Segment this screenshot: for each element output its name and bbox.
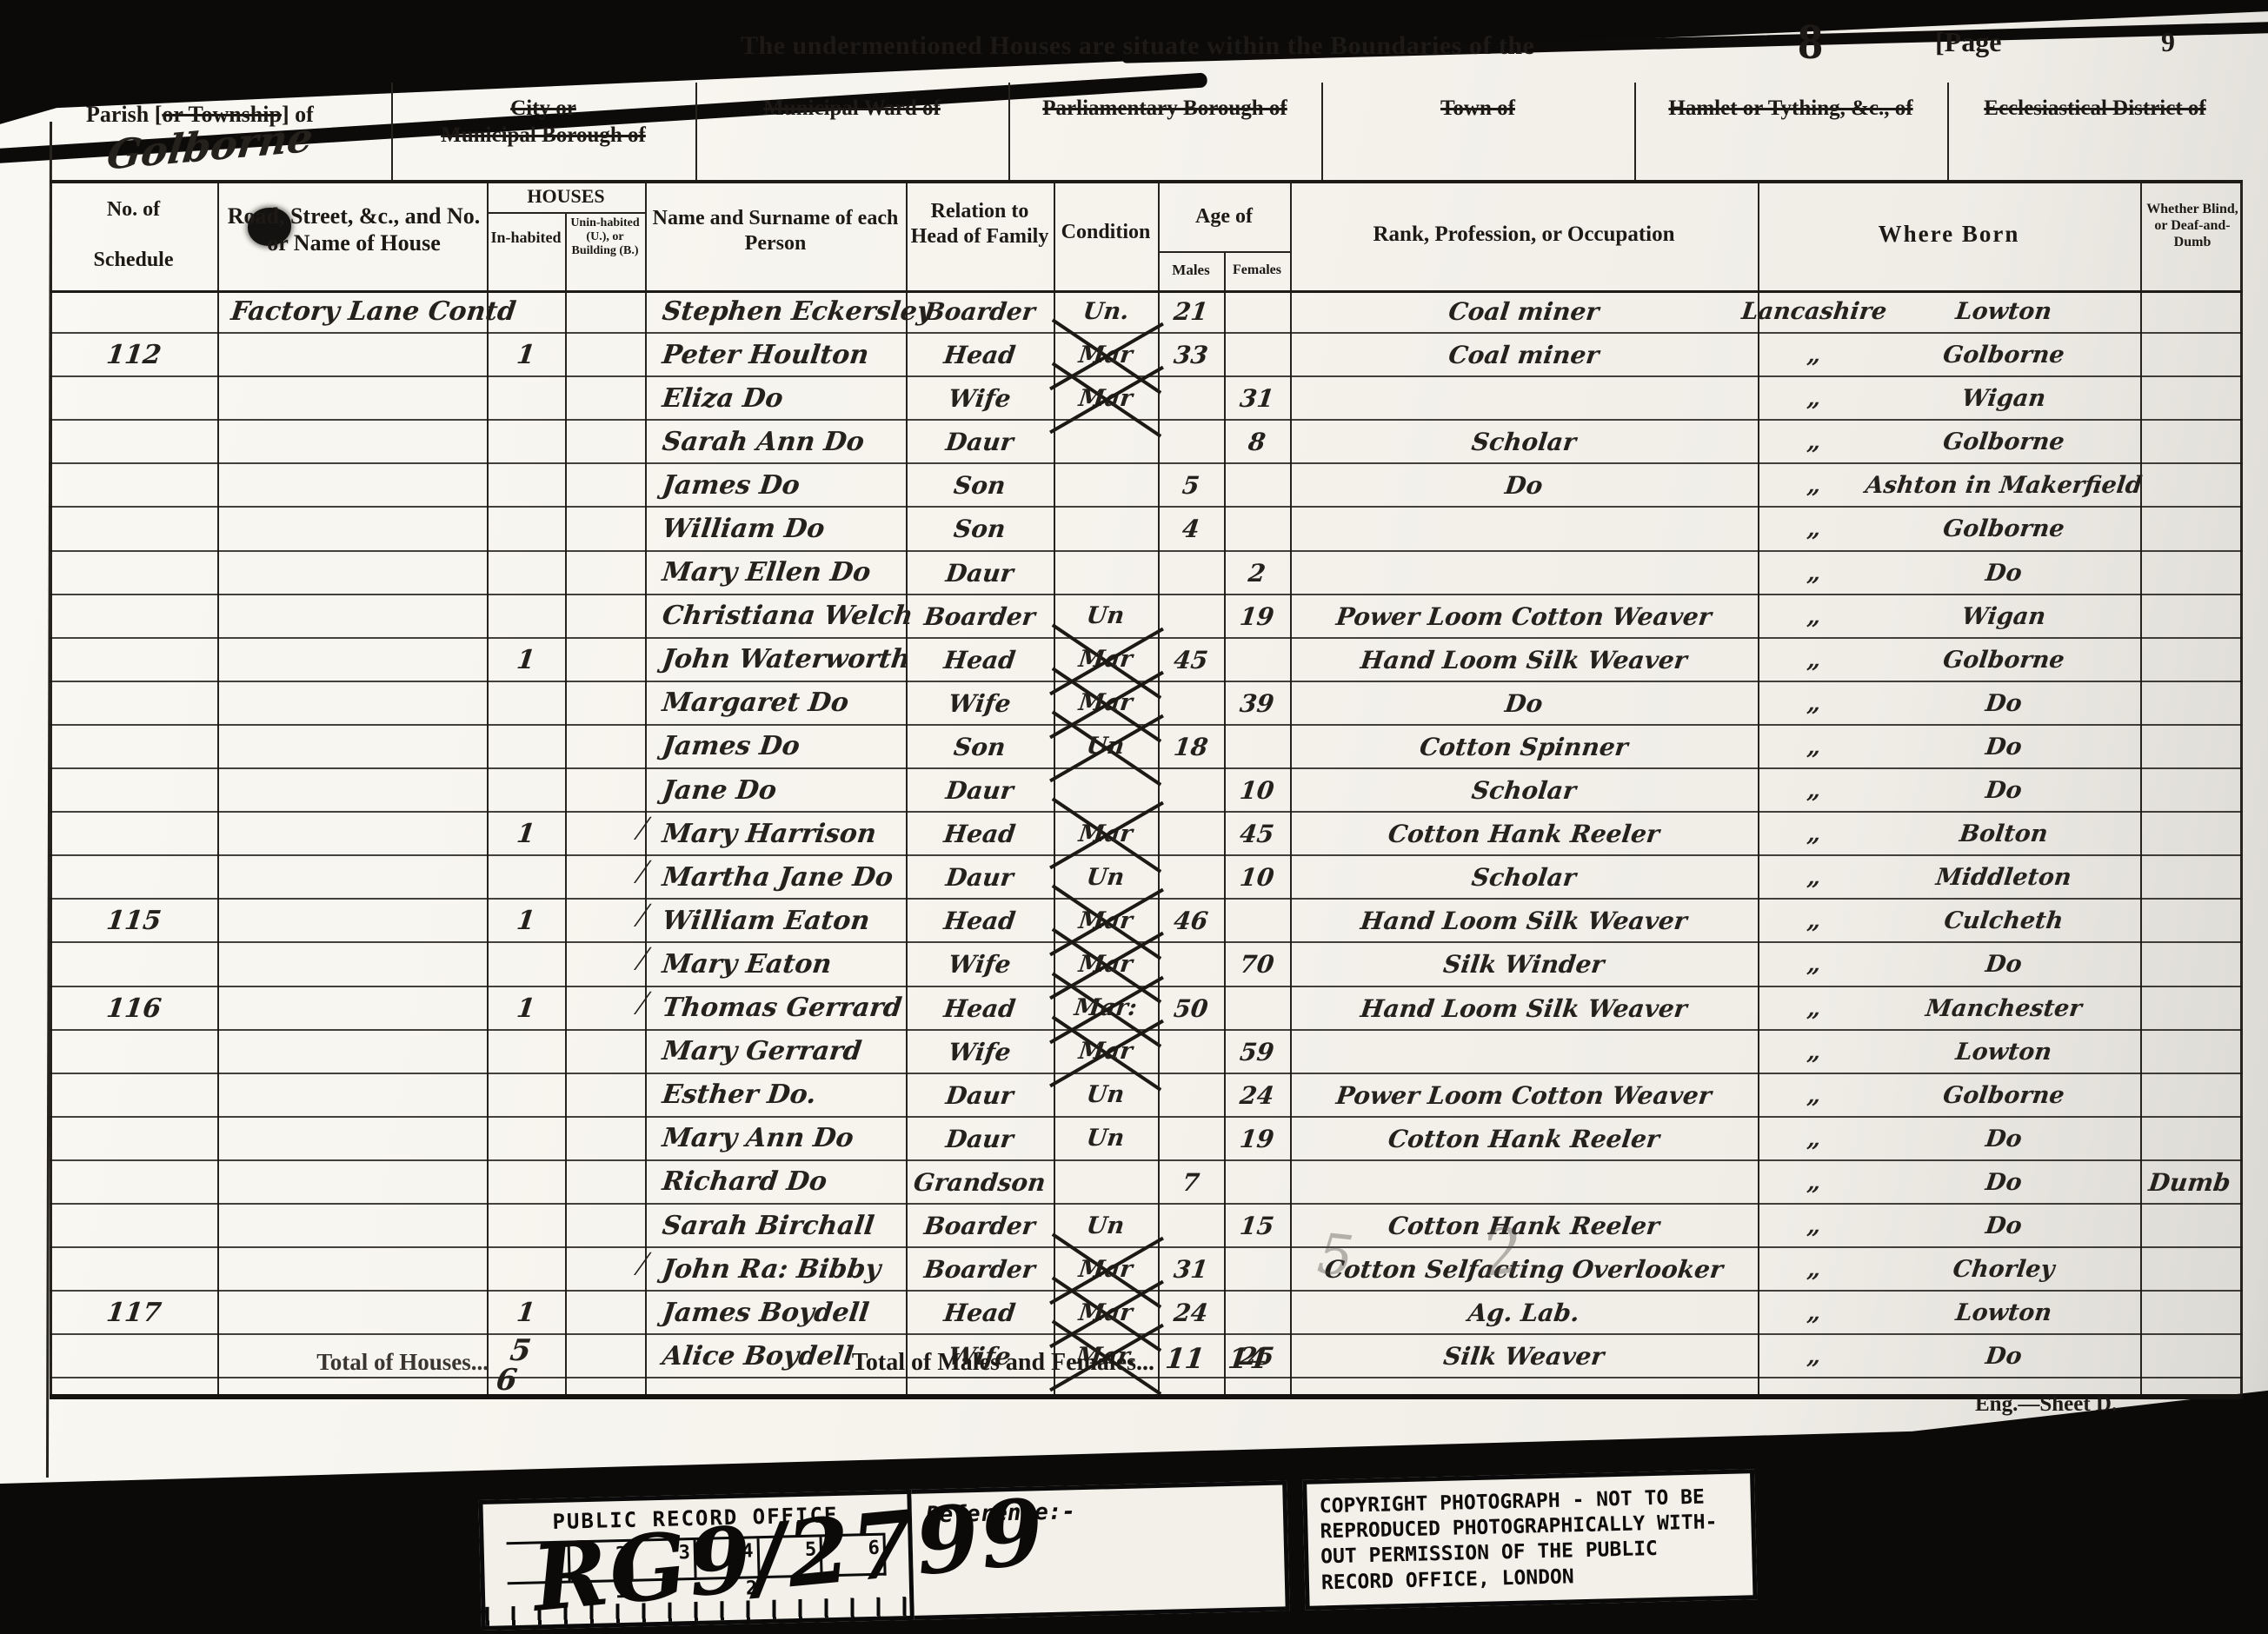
name-cell: Richard Do — [645, 1161, 923, 1203]
uninhabited-cell — [562, 1205, 648, 1246]
table-row: 1 ∕Mary Harrison Head Mar 45 Cotton Hank… — [50, 813, 2243, 856]
condition-cell: Un — [1054, 1118, 1158, 1159]
uninhabited-cell — [562, 421, 648, 462]
born-place-cell: Bolton — [1868, 813, 2139, 854]
totals-row: Total of Houses... 5 6 Total of Males an… — [50, 1335, 2243, 1399]
infirmity-cell — [2139, 1118, 2252, 1159]
total-houses-value-alt: 6 — [495, 1363, 520, 1398]
born-place-cell: Lowton — [1868, 1292, 2139, 1333]
name-cell: ∕Mary Harrison — [645, 813, 923, 854]
inhabited-cell — [484, 769, 568, 811]
infirmity-cell — [2139, 1248, 2252, 1290]
born-county-cell: „ — [1755, 726, 1873, 767]
table-row: 117 1 James Boydell Head Mar 24 Ag. Lab.… — [50, 1292, 2243, 1335]
schedule-cell — [50, 813, 217, 854]
schedule-cell: 115 — [50, 900, 217, 941]
houses-header: HOUSES — [487, 185, 645, 208]
copyright-box: COPYRIGHT PHOTOGRAPH - NOT TO BE REPRODU… — [1302, 1469, 1758, 1611]
relation-cell: Grandson — [903, 1161, 1056, 1203]
address-cell — [215, 552, 500, 594]
infirmity-cell — [2139, 769, 2252, 811]
address-cell — [215, 987, 500, 1029]
relation-cell: Wife — [903, 943, 1056, 985]
born-county-cell: „ — [1755, 943, 1873, 985]
address-cell — [215, 421, 500, 462]
relation-cell: Head — [903, 1292, 1056, 1333]
uninhabited-cell — [562, 856, 648, 898]
address-cell — [215, 856, 500, 898]
infirmity-cell — [2139, 421, 2252, 462]
table-row: Sarah Birchall Boarder Un 15 Cotton Hank… — [50, 1205, 2243, 1248]
infirmity-cell — [2139, 1205, 2252, 1246]
uninhabited-cell — [562, 1161, 648, 1203]
schedule-cell — [50, 595, 217, 637]
condition-cell: Mar — [1054, 682, 1158, 724]
uninhabited-cell — [562, 1031, 648, 1073]
condition-cell: Un — [1054, 1074, 1158, 1116]
address-cell — [215, 1031, 500, 1073]
age-female-cell: 70 — [1221, 943, 1293, 985]
name-cell: John Waterworth — [645, 639, 923, 681]
name-header: Name and Surname of eachPerson — [649, 206, 901, 256]
relation-cell: Son — [903, 508, 1056, 549]
age-female-cell: 8 — [1221, 421, 1293, 462]
uninhabited-cell — [562, 1074, 648, 1116]
condition-cell — [1054, 552, 1158, 594]
road-header: Road, Street, &c., and No. or Name of Ho… — [223, 203, 484, 256]
name-cell: Jane Do — [645, 769, 923, 811]
born-place-cell: Wigan — [1868, 377, 2139, 419]
address-cell — [215, 769, 500, 811]
inhabited-header: In-habited — [489, 229, 563, 248]
uninhabited-cell — [562, 552, 648, 594]
occupation-cell: Cotton Hank Reeler — [1287, 1205, 1760, 1246]
name-cell: William Do — [645, 508, 923, 549]
born-place-cell: Golborne — [1868, 639, 2139, 681]
table-row: ∕Mary Eaton Wife Mar 70 Silk Winder „ Do — [50, 943, 2243, 986]
schedule-cell — [50, 726, 217, 767]
occupation-cell: Hand Loom Silk Weaver — [1287, 987, 1760, 1029]
schedule-cell — [50, 421, 217, 462]
age-male-cell: 33 — [1155, 334, 1227, 375]
uninhabited-cell — [562, 987, 648, 1029]
age-male-cell: 45 — [1155, 639, 1227, 681]
age-female-cell: 19 — [1221, 1118, 1293, 1159]
age-male-cell: 31 — [1155, 1248, 1227, 1290]
schedule-cell — [50, 377, 217, 419]
uninhabited-cell — [562, 639, 648, 681]
inhabited-cell: 1 — [484, 639, 568, 681]
born-county-cell: „ — [1755, 1074, 1873, 1116]
schedule-cell — [50, 1205, 217, 1246]
born-place-cell: Do — [1868, 1205, 2139, 1246]
age-female-cell — [1221, 334, 1293, 375]
schedule-cell: 116 — [50, 987, 217, 1029]
inhabited-cell — [484, 464, 568, 506]
uninhabited-cell — [562, 682, 648, 724]
condition-cell: Mar — [1054, 639, 1158, 681]
relation-cell: Daur — [903, 421, 1056, 462]
inhabited-cell — [484, 377, 568, 419]
municipal-borough-box: City orMunicipal Borough of — [391, 83, 695, 180]
inhabited-cell — [484, 1031, 568, 1073]
infirmity-cell — [2139, 290, 2252, 332]
address-cell — [215, 334, 500, 375]
born-place-cell: Do — [1868, 552, 2139, 594]
total-houses-label: Total of Houses... — [217, 1349, 489, 1376]
condition-cell: Mar — [1054, 1292, 1158, 1333]
condition-cell: Mar — [1054, 943, 1158, 985]
born-county-cell: Lancashire — [1755, 290, 1873, 332]
name-cell: ∕Thomas Gerrard — [645, 987, 923, 1029]
occupation-cell: Scholar — [1287, 421, 1760, 462]
pen-tick: ∕ — [640, 938, 646, 979]
occupation-cell — [1287, 552, 1760, 594]
age-male-cell: 46 — [1155, 900, 1227, 941]
uninhabited-cell — [562, 464, 648, 506]
age-female-cell: 45 — [1221, 813, 1293, 854]
inhabited-cell — [484, 856, 568, 898]
name-cell: Mary Gerrard — [645, 1031, 923, 1073]
address-cell — [215, 1118, 500, 1159]
occupation-cell — [1287, 1031, 1760, 1073]
infirmity-cell — [2139, 595, 2252, 637]
condition-cell — [1054, 1161, 1158, 1203]
age-male-cell — [1155, 856, 1227, 898]
age-male-cell — [1155, 813, 1227, 854]
uninhabited-cell — [562, 290, 648, 332]
age-female-cell — [1221, 1292, 1293, 1333]
born-place-cell: Lowton — [1868, 1031, 2139, 1073]
born-county-cell: „ — [1755, 421, 1873, 462]
age-male-cell: 24 — [1155, 1292, 1227, 1333]
inhabited-cell: 1 — [484, 334, 568, 375]
relation-cell: Head — [903, 639, 1056, 681]
infirmity-cell — [2139, 726, 2252, 767]
name-cell: Margaret Do — [645, 682, 923, 724]
address-cell: Factory Lane Contd — [215, 290, 500, 332]
born-county-cell: „ — [1755, 1205, 1873, 1246]
inhabited-cell — [484, 682, 568, 724]
address-cell — [215, 1248, 500, 1290]
name-cell: Peter Houlton — [645, 334, 923, 375]
born-place-cell: Ashton in Makerfield — [1868, 464, 2139, 506]
condition-cell: Un — [1054, 1205, 1158, 1246]
table-row: Richard Do Grandson 7 „ Do Dumb — [50, 1161, 2243, 1205]
table-row: Sarah Ann Do Daur 8 Scholar „ Golborne — [50, 421, 2243, 464]
born-place-cell: Culcheth — [1868, 900, 2139, 941]
table-row: William Do Son 4 „ Golborne — [50, 508, 2243, 551]
infirmity-cell — [2139, 813, 2252, 854]
relation-cell: Boarder — [903, 595, 1056, 637]
age-female-cell — [1221, 1248, 1293, 1290]
infirmity-cell — [2139, 508, 2252, 549]
total-males-females-label: Total of Males and Females... — [645, 1349, 1154, 1377]
schedule-cell — [50, 552, 217, 594]
address-cell — [215, 464, 500, 506]
sheet-note: Eng.—Sheet D. — [1975, 1392, 2117, 1417]
uninhabited-cell — [562, 1118, 648, 1159]
age-male-cell — [1155, 943, 1227, 985]
name-cell: Mary Ellen Do — [645, 552, 923, 594]
condition-cell: Un. — [1054, 290, 1158, 332]
table-row: Mary Ann Do Daur Un 19 Cotton Hank Reele… — [50, 1118, 2243, 1161]
born-county-cell: „ — [1755, 682, 1873, 724]
uninhabited-cell — [562, 900, 648, 941]
uninhabited-cell — [562, 595, 648, 637]
pen-tick: ∕ — [640, 982, 646, 1023]
condition-cell: Mar — [1054, 1031, 1158, 1073]
born-county-cell: „ — [1755, 639, 1873, 681]
address-cell — [215, 1205, 500, 1246]
infirmity-cell — [2139, 639, 2252, 681]
schedule-cell — [50, 1031, 217, 1073]
name-cell: Eliza Do — [645, 377, 923, 419]
relation-cell: Son — [903, 726, 1056, 767]
age-divider — [1158, 251, 1290, 253]
relation-cell: Wife — [903, 682, 1056, 724]
rank-header: Rank, Profession, or Occupation — [1290, 222, 1758, 248]
uninhabited-cell — [562, 508, 648, 549]
pen-tick: ∕ — [640, 894, 646, 935]
relation-cell: Head — [903, 987, 1056, 1029]
age-female-cell — [1221, 900, 1293, 941]
occupation-cell: Do — [1287, 682, 1760, 724]
born-county-cell: „ — [1755, 987, 1873, 1029]
age-male-cell: 21 — [1155, 290, 1227, 332]
age-male-cell — [1155, 1074, 1227, 1116]
condition-cell — [1054, 464, 1158, 506]
schedule-cell — [50, 464, 217, 506]
occupation-cell: Cotton Hank Reeler — [1287, 813, 1760, 854]
relation-cell: Boarder — [903, 290, 1056, 332]
ecclesiastical-district-box: Ecclesiastical District of — [1947, 83, 2243, 180]
age-male-cell — [1155, 595, 1227, 637]
born-place-cell: Manchester — [1868, 987, 2139, 1029]
relation-cell: Daur — [903, 552, 1056, 594]
table-rows: Factory Lane Contd Stephen Eckersley Boa… — [50, 290, 2243, 1378]
condition-cell: Mar — [1054, 813, 1158, 854]
hamlet-box: Hamlet or Tything, &c., of — [1634, 83, 1947, 180]
inhabited-cell — [484, 1205, 568, 1246]
born-county-cell: „ — [1755, 1161, 1873, 1203]
schedule-cell — [50, 290, 217, 332]
inhabited-cell — [484, 508, 568, 549]
name-cell: Sarah Ann Do — [645, 421, 923, 462]
pen-tick: ∕ — [640, 1243, 646, 1284]
schedule-cell — [50, 1074, 217, 1116]
age-female-cell — [1221, 290, 1293, 332]
schedule-header: No. ofSchedule — [50, 197, 217, 272]
address-cell — [215, 726, 500, 767]
schedule-cell — [50, 639, 217, 681]
occupation-cell — [1287, 1161, 1760, 1203]
infirmity-cell: Dumb — [2139, 1161, 2252, 1203]
relation-cell: Son — [903, 464, 1056, 506]
born-place-cell: Do — [1868, 1161, 2139, 1203]
table-row: Jane Do Daur 10 Scholar „ Do — [50, 769, 2243, 813]
schedule-cell — [50, 508, 217, 549]
schedule-cell — [50, 943, 217, 985]
condition-cell: Un — [1054, 856, 1158, 898]
relation-cell: Wife — [903, 1031, 1056, 1073]
age-female-cell: 59 — [1221, 1031, 1293, 1073]
name-cell: James Do — [645, 464, 923, 506]
uninhabited-cell — [562, 1292, 648, 1333]
age-male-cell: 5 — [1155, 464, 1227, 506]
born-place-cell: Golborne — [1868, 508, 2139, 549]
inhabited-cell: 1 — [484, 900, 568, 941]
condition-cell: Mar: — [1054, 987, 1158, 1029]
table-row: Margaret Do Wife Mar 39 Do „ Do — [50, 682, 2243, 726]
name-cell: Christiana Welch — [645, 595, 923, 637]
parish-box: Parish [or Township] of Golborne — [50, 83, 391, 180]
schedule-cell: 117 — [50, 1292, 217, 1333]
born-county-cell: „ — [1755, 813, 1873, 854]
age-female-cell: 10 — [1221, 856, 1293, 898]
born-county-cell: „ — [1755, 334, 1873, 375]
born-county-cell: „ — [1755, 856, 1873, 898]
occupation-cell: Coal miner — [1287, 290, 1760, 332]
age-female-cell — [1221, 726, 1293, 767]
age-female-cell — [1221, 508, 1293, 549]
inhabited-cell — [484, 552, 568, 594]
occupation-cell: Power Loom Cotton Weaver — [1287, 1074, 1760, 1116]
age-female-cell: 19 — [1221, 595, 1293, 637]
table-row: Eliza Do Wife Mar 31 „ Wigan — [50, 377, 2243, 421]
inhabited-cell: 1 — [484, 813, 568, 854]
relation-header: Relation to Head of Family — [910, 199, 1049, 249]
born-place-cell: Golborne — [1868, 421, 2139, 462]
born-county-cell: „ — [1755, 552, 1873, 594]
born-county-cell: „ — [1755, 464, 1873, 506]
name-cell: Mary Ann Do — [645, 1118, 923, 1159]
condition-cell — [1054, 769, 1158, 811]
age-female-cell — [1221, 1161, 1293, 1203]
town-box: Town of — [1321, 83, 1634, 180]
born-county-cell: „ — [1755, 1248, 1873, 1290]
age-female-cell: 15 — [1221, 1205, 1293, 1246]
inhabited-cell — [484, 290, 568, 332]
age-header: Age of — [1158, 204, 1290, 229]
page-number: 9 — [2161, 26, 2175, 58]
females-header: Females — [1224, 262, 1290, 278]
born-county-cell: „ — [1755, 769, 1873, 811]
address-cell — [215, 813, 500, 854]
age-male-cell — [1155, 1118, 1227, 1159]
born-place-cell: Lowton — [1868, 290, 2139, 332]
occupation-cell: Silk Winder — [1287, 943, 1760, 985]
born-place-cell: Do — [1868, 1118, 2139, 1159]
table-row: Factory Lane Contd Stephen Eckersley Boa… — [50, 290, 2243, 334]
name-cell: Sarah Birchall — [645, 1205, 923, 1246]
relation-cell: Head — [903, 900, 1056, 941]
condition-cell: Mar — [1054, 334, 1158, 375]
enumeration-table: No. ofSchedule Road, Street, &c., and No… — [50, 180, 2243, 1394]
relation-cell: Head — [903, 334, 1056, 375]
condition-cell: Un — [1054, 595, 1158, 637]
age-female-cell: 10 — [1221, 769, 1293, 811]
table-row: Christiana Welch Boarder Un 19 Power Loo… — [50, 595, 2243, 639]
born-county-cell: „ — [1755, 508, 1873, 549]
condition-header: Condition — [1054, 220, 1158, 245]
occupation-cell: Ag. Lab. — [1287, 1292, 1760, 1333]
table-row: James Do Son 5 Do „ Ashton in Makerfield — [50, 464, 2243, 508]
inhabited-cell: 1 — [484, 1292, 568, 1333]
born-county-cell: „ — [1755, 1118, 1873, 1159]
age-male-cell: 4 — [1155, 508, 1227, 549]
age-female-cell: 2 — [1221, 552, 1293, 594]
age-female-cell: 24 — [1221, 1074, 1293, 1116]
infirmity-cell — [2139, 943, 2252, 985]
males-header: Males — [1158, 262, 1224, 279]
age-female-cell: 31 — [1221, 377, 1293, 419]
occupation-cell: Hand Loom Silk Weaver — [1287, 900, 1760, 941]
infirmity-cell — [2139, 552, 2252, 594]
table-row: ∕John Ra: Bibby Boarder Mar 31 Cotton Se… — [50, 1248, 2243, 1292]
schedule-cell — [50, 1118, 217, 1159]
infirmity-cell — [2139, 856, 2252, 898]
pen-tick: ∕ — [640, 851, 646, 892]
occupation-cell: Cotton Spinner — [1287, 726, 1760, 767]
schedule-cell — [50, 856, 217, 898]
parliamentary-borough-box: Parliamentary Borough of — [1008, 83, 1321, 180]
infirmity-header: Whether Blind, or Deaf-and-Dumb — [2142, 201, 2243, 251]
address-cell — [215, 595, 500, 637]
condition-cell: Mar — [1054, 377, 1158, 419]
uninhabited-cell — [562, 1248, 648, 1290]
born-county-cell: „ — [1755, 1292, 1873, 1333]
uninhabited-cell — [562, 726, 648, 767]
page-label: [Page — [1935, 26, 2001, 58]
age-male-cell: 18 — [1155, 726, 1227, 767]
table-row: 112 1 Peter Houlton Head Mar 33 Coal min… — [50, 334, 2243, 377]
uninhabited-cell — [562, 769, 648, 811]
born-county-cell: „ — [1755, 900, 1873, 941]
table-row: Esther Do. Daur Un 24 Power Loom Cotton … — [50, 1074, 2243, 1118]
uninhabited-cell — [562, 943, 648, 985]
name-cell: ∕Martha Jane Do — [645, 856, 923, 898]
name-cell: James Boydell — [645, 1292, 923, 1333]
inhabited-cell: 1 — [484, 987, 568, 1029]
infirmity-cell — [2139, 987, 2252, 1029]
name-cell: James Do — [645, 726, 923, 767]
table-row: 116 1 ∕Thomas Gerrard Head Mar: 50 Hand … — [50, 987, 2243, 1031]
occupation-cell — [1287, 377, 1760, 419]
schedule-cell — [50, 1161, 217, 1203]
census-photograph: The undermentioned Houses are situate wi… — [0, 0, 2268, 1634]
address-cell — [215, 639, 500, 681]
relation-cell: Boarder — [903, 1205, 1056, 1246]
infirmity-cell — [2139, 377, 2252, 419]
condition-cell: Un — [1054, 726, 1158, 767]
address-cell — [215, 1074, 500, 1116]
age-male-cell: 7 — [1155, 1161, 1227, 1203]
condition-cell — [1054, 421, 1158, 462]
relation-cell: Wife — [903, 377, 1056, 419]
born-county-cell: „ — [1755, 1031, 1873, 1073]
relation-cell: Boarder — [903, 1248, 1056, 1290]
condition-cell: Mar — [1054, 1248, 1158, 1290]
total-males-value: 11 — [1164, 1342, 1207, 1375]
table-header: No. ofSchedule Road, Street, &c., and No… — [50, 183, 2243, 293]
born-place-cell: Chorley — [1868, 1248, 2139, 1290]
inhabited-cell — [484, 726, 568, 767]
schedule-cell — [50, 1248, 217, 1290]
age-male-cell — [1155, 552, 1227, 594]
table-row: James Do Son Un 18 Cotton Spinner „ Do — [50, 726, 2243, 769]
relation-cell: Daur — [903, 1118, 1056, 1159]
